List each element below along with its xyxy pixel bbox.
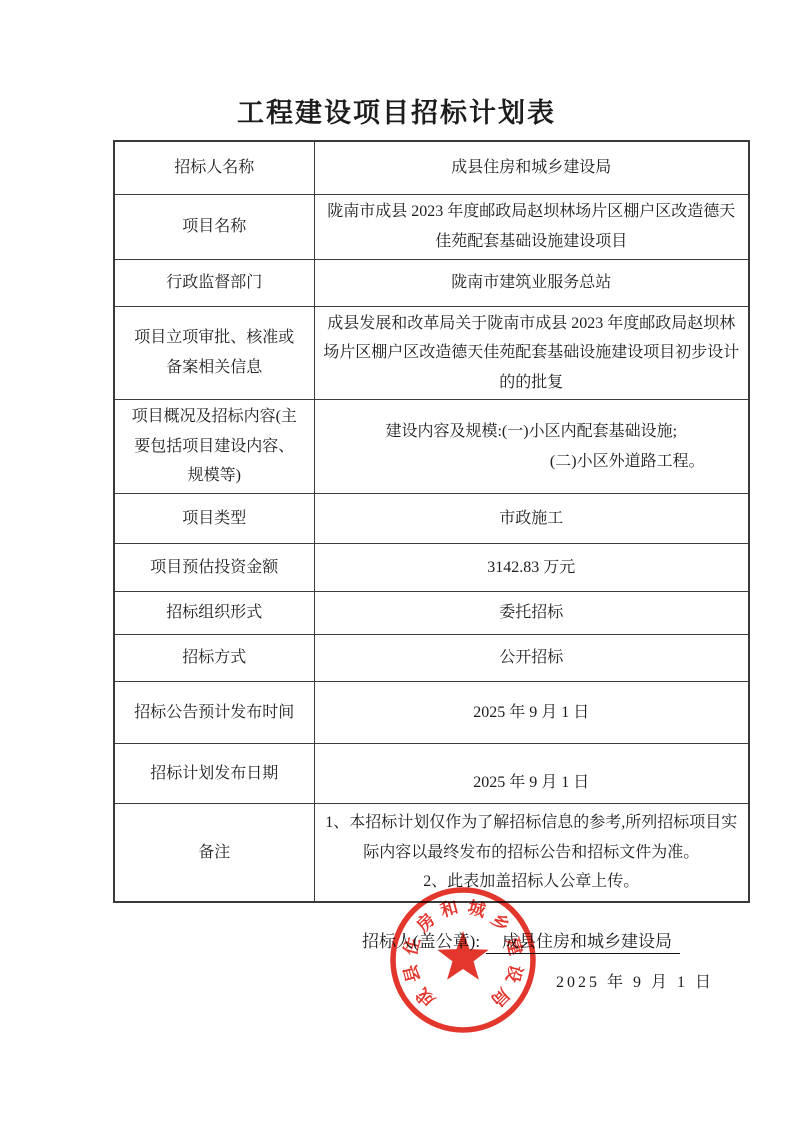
overview-line-2: (二)小区外道路工程。 [322,447,742,477]
svg-text:设: 设 [502,963,526,986]
table-row: 招标组织形式 委托招标 [114,592,749,635]
row-value-estimated-investment: 3142.83 万元 [314,544,749,592]
row-value-organization-form: 委托招标 [314,592,749,635]
row-label-bidding-method: 招标方式 [114,635,314,682]
row-value-project-overview: 建设内容及规模:(一)小区内配套基础设施; (二)小区外道路工程。 [314,400,749,494]
remark-line-2: 2、此表加盖招标人公章上传。 [322,867,742,897]
row-label-approval-info: 项目立项审批、核准或备案相关信息 [114,306,314,400]
row-value-project-type: 市政施工 [314,494,749,544]
table-row: 招标公告预计发布时间 2025 年 9 月 1 日 [114,682,749,744]
row-value-bidder-name: 成县住房和城乡建设局 [314,141,749,194]
row-label-supervision-dept: 行政监督部门 [114,259,314,306]
row-value-remarks: 1、本招标计划仅作为了解招标信息的参考,所列招标项目实际内容以最终发布的招标公告… [314,804,749,902]
table-row: 招标人名称 成县住房和城乡建设局 [114,141,749,194]
row-label-remarks: 备注 [114,804,314,902]
row-value-project-name: 陇南市成县 2023 年度邮政局赵坝林场片区棚户区改造德天佳苑配套基础设施建设项… [314,194,749,259]
table-row: 项目预估投资金额 3142.83 万元 [114,544,749,592]
official-seal: 成县住房和城乡建设局 [383,880,543,1040]
row-label-bidder-name: 招标人名称 [114,141,314,194]
signature-line: 招标人(盖公章):成县住房和城乡建设局 [362,927,680,954]
document-page: 工程建设项目招标计划表 招标人名称 成县住房和城乡建设局 项目名称 陇南市成县 … [0,0,793,1122]
row-label-plan-publish-date: 招标计划发布日期 [114,744,314,804]
plan-publish-date-text: 2025 年 9 月 1 日 [322,768,742,798]
table-row: 项目立项审批、核准或备案相关信息 成县发展和改革局关于陇南市成县 2023 年度… [114,306,749,400]
bidding-plan-table: 招标人名称 成县住房和城乡建设局 项目名称 陇南市成县 2023 年度邮政局赵坝… [113,140,750,903]
signature-label: 招标人(盖公章): [362,932,480,951]
overview-line-1: 建设内容及规模:(一)小区内配套基础设施; [322,417,742,447]
row-label-project-overview: 项目概况及招标内容(主要包括项目建设内容、规模等) [114,400,314,494]
row-value-announcement-date: 2025 年 9 月 1 日 [314,682,749,744]
table-row: 备注 1、本招标计划仅作为了解招标信息的参考,所列招标项目实际内容以最终发布的招… [114,804,749,902]
row-value-approval-info: 成县发展和改革局关于陇南市成县 2023 年度邮政局赵坝林场片区棚户区改造德天佳… [314,306,749,400]
signature-name: 成县住房和城乡建设局 [486,927,680,954]
row-label-project-type: 项目类型 [114,494,314,544]
signature-date: 2025 年 9 月 1 日 [556,969,714,992]
row-label-project-name: 项目名称 [114,194,314,259]
seal-ring [393,890,533,1030]
page-title: 工程建设项目招标计划表 [0,91,793,130]
svg-text:县: 县 [400,962,424,985]
row-value-supervision-dept: 陇南市建筑业服务总站 [314,259,749,306]
table-row: 招标方式 公开招标 [114,635,749,682]
row-label-announcement-date: 招标公告预计发布时间 [114,682,314,744]
svg-text:局: 局 [487,984,514,1011]
table-row: 招标计划发布日期 2025 年 9 月 1 日 [114,744,749,804]
row-value-bidding-method: 公开招标 [314,635,749,682]
table-row: 项目概况及招标内容(主要包括项目建设内容、规模等) 建设内容及规模:(一)小区内… [114,400,749,494]
row-value-plan-publish-date: 2025 年 9 月 1 日 [314,744,749,804]
table-row: 行政监督部门 陇南市建筑业服务总站 [114,259,749,306]
svg-text:成: 成 [412,984,439,1011]
row-label-estimated-investment: 项目预估投资金额 [114,544,314,592]
remark-line-1: 1、本招标计划仅作为了解招标信息的参考,所列招标项目实际内容以最终发布的招标公告… [322,808,742,867]
table-row: 项目名称 陇南市成县 2023 年度邮政局赵坝林场片区棚户区改造德天佳苑配套基础… [114,194,749,259]
table-row: 项目类型 市政施工 [114,494,749,544]
row-label-organization-form: 招标组织形式 [114,592,314,635]
